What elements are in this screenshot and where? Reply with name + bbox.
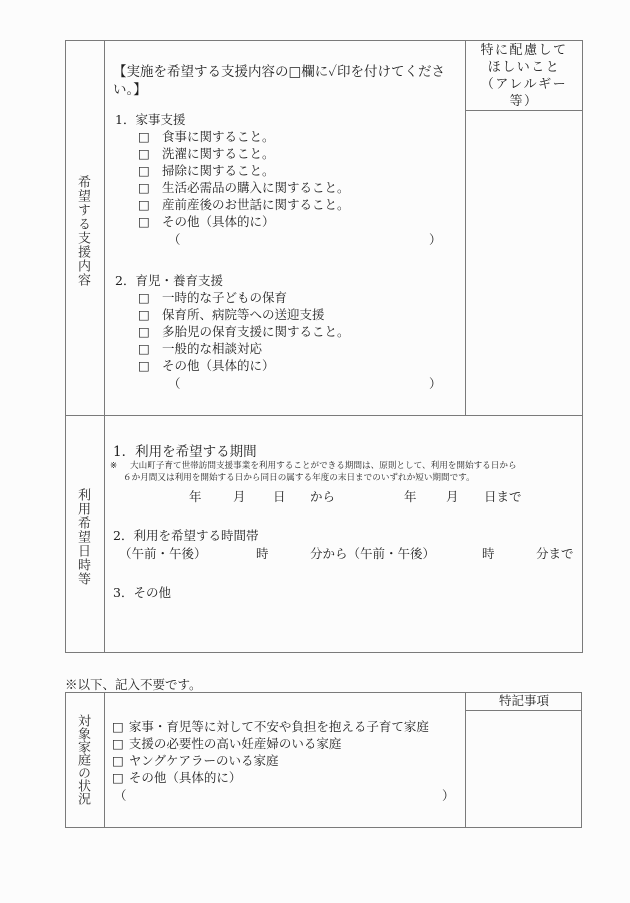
label-column-divider [104,692,105,828]
family-option-pregnant[interactable]: □支援の必要性の高い妊産婦のいる家庭 [112,735,341,752]
section-label-family-status: 対象家庭の状況 [76,714,89,805]
checkbox-icon[interactable]: □ [138,306,162,323]
paren-close: ） [429,375,442,392]
date-to-year: 年 [404,488,417,505]
option-label: その他（具体的に） [129,770,242,785]
option-transport[interactable]: □保育所、病院等への送迎支援 [138,306,325,323]
period-note-mark: ※ [110,460,117,472]
option-label: 洗濯に関すること。 [162,146,275,161]
other-title: 3．その他 [113,584,171,601]
option-label: 多胎児の保育支援に関すること。 [162,324,350,339]
option-label: 一時的な子どもの保育 [162,290,287,305]
office-use-note: ※以下、記入不要です。 [65,676,202,693]
time-to-min: 分まで [536,545,574,562]
option-cleaning[interactable]: □掃除に関すること。 [138,162,275,179]
option-label: 支援の必要性の高い妊産婦のいる家庭 [129,736,342,751]
family-option-young-carer[interactable]: □ヤングケアラーのいる家庭 [112,752,278,769]
period-note-line-1: 大山町子育て世帯訪問支援事業を利用することができる期間は、原則として、利用を開始… [130,460,517,472]
time-to-hour: 時 [482,545,495,562]
option-label: その他（具体的に） [162,214,275,229]
option-laundry[interactable]: □洗濯に関すること。 [138,145,275,162]
instruction-line-1: 【実施を希望する支援内容の□欄に✓印を付けてくださ [113,64,445,81]
option-label: 保育所、病院等への送迎支援 [162,307,325,322]
date-to-suffix: 日まで [484,488,522,505]
special-notes-field[interactable] [466,711,581,827]
option-label: ヤングケアラーのいる家庭 [129,753,279,768]
time-title: 2．利用を希望する時間帯 [113,527,258,544]
option-other-childcare[interactable]: □その他（具体的に） [138,357,275,374]
option-other-housework[interactable]: □その他（具体的に） [138,213,275,230]
checkbox-icon[interactable]: □ [138,179,162,196]
option-label: 生活必需品の購入に関すること。 [162,180,350,195]
option-temporary-childcare[interactable]: □一時的な子どもの保育 [138,289,287,306]
period-note-line-2: ６か月間又は利用を開始する日から同日の属する年度の末日までのいずれか短い期間です… [123,472,475,484]
date-from-day: 日 [273,488,286,505]
section-label-desired-support: 希望する支援内容 [76,175,89,287]
date-from-month: 月 [233,488,246,505]
option-meals[interactable]: □食事に関すること。 [138,128,275,145]
special-notes-header: 特記事項 [466,693,582,709]
paren-open: （ [168,231,181,248]
side-header-line: 等） [466,93,582,110]
group-title-childcare: 2．育児・養育支援 [115,272,223,289]
date-from-year: 年 [189,488,202,505]
option-label: 産前産後のお世話に関すること。 [162,197,350,212]
side-header-line: 特に配慮して [466,42,582,59]
checkbox-icon[interactable]: □ [112,753,124,768]
checkbox-icon[interactable]: □ [138,357,162,374]
date-from-suffix: から [310,488,335,505]
paren-open: （ [168,375,181,392]
option-shopping[interactable]: □生活必需品の購入に関すること。 [138,179,350,196]
option-label: 食事に関すること。 [162,129,275,144]
checkbox-icon[interactable]: □ [138,289,162,306]
checkbox-icon[interactable]: □ [138,128,162,145]
checkbox-icon[interactable]: □ [138,213,162,230]
other-childcare-input[interactable] [182,375,424,392]
paren-open: （ [114,787,127,804]
side-header-line: （アレルギー [466,76,582,93]
option-label: その他（具体的に） [162,358,275,373]
paren-close: ） [429,231,442,248]
date-from-year-input[interactable] [140,487,186,505]
section-divider [65,415,583,416]
checkbox-icon[interactable]: □ [138,162,162,179]
other-housework-input[interactable] [182,231,424,248]
checkbox-icon[interactable]: □ [112,770,124,785]
option-label: 掃除に関すること。 [162,163,275,178]
family-other-input[interactable] [128,787,438,804]
time-from-min: 分から（午前・午後） [310,545,435,562]
option-label: 一般的な相談対応 [162,341,262,356]
label-column-divider [104,40,105,653]
checkbox-icon[interactable]: □ [138,196,162,213]
group-title-housework: 1．家事支援 [115,111,185,128]
option-label: 家事・育児等に対して不安や負担を抱える子育て家庭 [129,719,429,734]
checkbox-icon[interactable]: □ [138,145,162,162]
other-input[interactable] [112,604,577,648]
checkbox-icon[interactable]: □ [112,719,124,734]
family-option-anxious[interactable]: □家事・育児等に対して不安や負担を抱える子育て家庭 [112,718,429,735]
special-considerations-field[interactable] [466,111,582,414]
option-multiple-birth[interactable]: □多胎児の保育支援に関すること。 [138,323,350,340]
special-considerations-header: 特に配慮して ほしいこと （アレルギー 等） [466,42,582,110]
date-to-month: 月 [446,488,459,505]
period-title: 1．利用を希望する期間 [113,444,257,461]
time-from-hour: 時 [256,545,269,562]
option-prenatal-care[interactable]: □産前産後のお世話に関すること。 [138,196,350,213]
option-consultation[interactable]: □一般的な相談対応 [138,340,262,357]
checkbox-icon[interactable]: □ [112,736,124,751]
paren-close: ） [442,787,455,804]
section-label-desired-datetime: 利用希望日時等 [76,488,89,586]
side-header-line: ほしいこと [466,59,582,76]
checkbox-icon[interactable]: □ [138,340,162,357]
time-from-ampm[interactable]: （午前・午後） [119,545,207,562]
family-option-other[interactable]: □その他（具体的に） [112,769,241,786]
instruction-line-2: い。】 [113,82,147,99]
checkbox-icon[interactable]: □ [138,323,162,340]
